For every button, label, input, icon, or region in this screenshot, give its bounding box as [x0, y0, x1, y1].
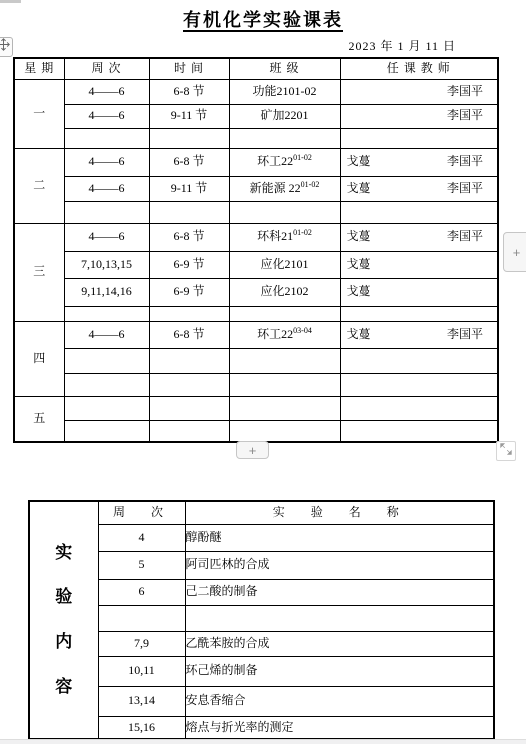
schedule-row [14, 373, 498, 396]
cell-exp-week[interactable]: 10,11 [98, 656, 185, 686]
cell-time[interactable]: 6-8 节 [149, 148, 229, 176]
cell-exp-name[interactable]: 己二酸的制备 [185, 579, 494, 605]
schedule-row: 7,10,13,156-9 节应化2101戈蔓 [14, 251, 498, 278]
cell-exp-name[interactable]: 醇酚醚 [185, 524, 494, 551]
cell-class[interactable] [229, 306, 340, 321]
cell-class[interactable]: 应化2101 [229, 251, 340, 278]
experiment-table: 实验内容周 次实 验 名 称4醇酚醚5阿司匹林的合成6己二酸的制备7,9乙酰苯胺… [28, 500, 495, 740]
schedule-header-row: 星 期周 次时 间班 级任 课 教 师 [14, 58, 498, 79]
schedule-row: 4——69-11 节新能源 2201-02戈蔓李国平 [14, 176, 498, 201]
cell-teacher[interactable] [340, 128, 498, 148]
cell-teacher[interactable]: 戈蔓李国平 [340, 223, 498, 251]
move-icon [0, 38, 10, 56]
cell-teacher[interactable] [340, 201, 498, 223]
class-name: 应化2101 [260, 257, 308, 271]
experiment-row: 13,14安息香缩合 [29, 686, 494, 716]
teacher-names: 戈蔓 [341, 285, 498, 298]
cell-class[interactable] [229, 373, 340, 396]
experiment-row: 6己二酸的制备 [29, 579, 494, 605]
schedule-row [14, 201, 498, 223]
document-date: 2023 年 1 月 11 日 [348, 37, 456, 54]
cell-class[interactable]: 环工2203-04 [229, 321, 340, 348]
schedule-row: 9,11,14,166-9 节应化2102戈蔓 [14, 278, 498, 306]
cell-week[interactable] [64, 420, 149, 442]
teacher-right: 李国平 [447, 85, 483, 98]
schedule-tbody: 星 期周 次时 间班 级任 课 教 师一4——66-8 节功能2101-02李国… [14, 58, 498, 442]
side-label-char: 验 [55, 588, 72, 607]
schedule-row: 四4——66-8 节环工2203-04戈蔓李国平 [14, 321, 498, 348]
schedule-table: 星 期周 次时 间班 级任 课 教 师一4——66-8 节功能2101-02李国… [13, 57, 499, 443]
cell-class[interactable] [229, 348, 340, 373]
cell-time[interactable]: 6-9 节 [149, 278, 229, 306]
document-title: 有机化学实验课表 [0, 6, 526, 32]
cell-exp-name[interactable]: 阿司匹林的合成 [185, 551, 494, 579]
cell-day[interactable]: 四 [14, 321, 64, 396]
experiment-row [29, 605, 494, 631]
teacher-left: 戈蔓 [347, 182, 371, 195]
cell-exp-week[interactable] [98, 605, 185, 631]
schedule-header-cell[interactable]: 星 期 [14, 58, 64, 79]
cell-exp-week[interactable]: 7,9 [98, 631, 185, 656]
cell-exp-week[interactable]: 6 [98, 579, 185, 605]
cell-week[interactable]: 4——6 [64, 176, 149, 201]
schedule-row: 二4——66-8 节环工2201-02戈蔓李国平 [14, 148, 498, 176]
schedule-row [14, 348, 498, 373]
cell-day[interactable]: 一 [14, 79, 64, 148]
cell-week[interactable] [64, 201, 149, 223]
cell-time[interactable]: 9-11 节 [149, 176, 229, 201]
cell-class[interactable]: 环科2101-02 [229, 223, 340, 251]
teacher-names: 戈蔓李国平 [341, 182, 498, 195]
cell-exp-name[interactable]: 乙酰苯胺的合成 [185, 631, 494, 656]
table-move-handle[interactable] [0, 37, 13, 57]
cell-exp-name[interactable]: 安息香缩合 [185, 686, 494, 716]
cell-exp-name[interactable]: 熔点与折光率的测定 [185, 716, 494, 739]
side-label-char: 容 [55, 678, 72, 697]
cell-week[interactable] [64, 373, 149, 396]
cell-exp-name[interactable] [185, 605, 494, 631]
class-sup: 01-02 [293, 153, 312, 162]
cell-time[interactable]: 6-9 节 [149, 251, 229, 278]
schedule-row: 一4——66-8 节功能2101-02李国平 [14, 79, 498, 104]
cell-time[interactable] [149, 306, 229, 321]
cell-class[interactable]: 新能源 2201-02 [229, 176, 340, 201]
cell-week[interactable]: 7,10,13,15 [64, 251, 149, 278]
cell-week[interactable]: 4——6 [64, 223, 149, 251]
cell-day[interactable]: 三 [14, 223, 64, 321]
cell-class[interactable] [229, 420, 340, 442]
add-column-button[interactable]: + [503, 232, 526, 272]
schedule-row [14, 128, 498, 148]
cell-class[interactable]: 应化2102 [229, 278, 340, 306]
experiment-tbody: 实验内容周 次实 验 名 称4醇酚醚5阿司匹林的合成6己二酸的制备7,9乙酰苯胺… [29, 501, 494, 739]
cell-teacher[interactable]: 戈蔓 [340, 278, 498, 306]
teacher-left: 戈蔓 [347, 155, 371, 168]
experiment-row: 7,9乙酰苯胺的合成 [29, 631, 494, 656]
cell-time[interactable] [149, 420, 229, 442]
schedule-header-cell[interactable]: 班 级 [229, 58, 340, 79]
cell-time[interactable]: 9-11 节 [149, 104, 229, 128]
side-label-text: 实验内容 [30, 544, 98, 697]
teacher-right: 李国平 [447, 182, 483, 195]
experiment-row: 4醇酚醚 [29, 524, 494, 551]
cell-teacher[interactable]: 戈蔓李国平 [340, 176, 498, 201]
class-name: 环工22 [257, 154, 293, 168]
class-name: 矿加2201 [260, 108, 308, 122]
cell-side-label[interactable]: 实验内容 [29, 501, 98, 739]
cell-week[interactable]: 4——6 [64, 148, 149, 176]
cell-teacher[interactable] [340, 306, 498, 321]
schedule-header-cell[interactable]: 时 间 [149, 58, 229, 79]
schedule-row [14, 306, 498, 321]
cell-class[interactable]: 环工2201-02 [229, 148, 340, 176]
class-sup: 01-02 [293, 228, 312, 237]
cell-time[interactable]: 6-8 节 [149, 223, 229, 251]
resize-diagonal-icon [498, 441, 514, 462]
cell-day[interactable]: 二 [14, 148, 64, 223]
plus-icon: + [513, 245, 521, 260]
class-name: 新能源 22 [250, 181, 301, 195]
cell-week[interactable]: 4——6 [64, 321, 149, 348]
cell-time[interactable]: 6-8 节 [149, 79, 229, 104]
experiment-header-row: 实验内容周 次实 验 名 称 [29, 501, 494, 524]
class-sup: 01-02 [301, 180, 320, 189]
schedule-row: 三4——66-8 节环科2101-02戈蔓李国平 [14, 223, 498, 251]
cell-class[interactable] [229, 201, 340, 223]
teacher-right: 李国平 [447, 328, 483, 341]
cell-teacher[interactable]: 李国平 [340, 104, 498, 128]
add-row-button[interactable]: + [236, 441, 269, 459]
schedule-row: 五 [14, 396, 498, 420]
teacher-left: 戈蔓 [347, 258, 371, 271]
cell-time[interactable] [149, 128, 229, 148]
cell-week[interactable] [64, 306, 149, 321]
schedule-header-cell[interactable]: 任 课 教 师 [340, 58, 498, 79]
cell-teacher[interactable] [340, 396, 498, 420]
schedule-header-cell[interactable]: 周 次 [64, 58, 149, 79]
plus-icon: + [249, 443, 257, 458]
cell-week[interactable] [64, 348, 149, 373]
cell-exp-week[interactable]: 15,16 [98, 716, 185, 739]
experiment-row: 5阿司匹林的合成 [29, 551, 494, 579]
document-page: 有机化学实验课表 2023 年 1 月 11 日 星 期周 次时 间班 级任 课… [0, 0, 526, 744]
cropped-control-fragment [0, 0, 21, 3]
teacher-names: 戈蔓李国平 [341, 328, 498, 341]
experiment-row: 10,11环己烯的制备 [29, 656, 494, 686]
experiment-header-cell[interactable]: 周 次 [98, 501, 185, 524]
teacher-left: 戈蔓 [347, 285, 371, 298]
teacher-left: 戈蔓 [347, 230, 371, 243]
class-name: 功能2101-02 [253, 84, 317, 98]
cell-week[interactable] [64, 396, 149, 420]
cell-exp-week[interactable]: 13,14 [98, 686, 185, 716]
cell-time[interactable] [149, 348, 229, 373]
teacher-right: 李国平 [447, 230, 483, 243]
cell-teacher[interactable] [340, 420, 498, 442]
teacher-left: 戈蔓 [347, 328, 371, 341]
class-sup: 03-04 [293, 326, 312, 335]
cell-teacher[interactable]: 戈蔓李国平 [340, 321, 498, 348]
schedule-row [14, 420, 498, 442]
class-name: 应化2102 [260, 284, 308, 298]
cell-teacher[interactable]: 李国平 [340, 79, 498, 104]
teacher-names: 李国平 [341, 109, 498, 122]
schedule-row: 4——69-11 节矿加2201李国平 [14, 104, 498, 128]
cell-class[interactable]: 矿加2201 [229, 104, 340, 128]
cell-week[interactable]: 4——6 [64, 104, 149, 128]
teacher-names: 李国平 [341, 85, 498, 98]
cell-exp-week[interactable]: 4 [98, 524, 185, 551]
teacher-right: 李国平 [447, 155, 483, 168]
cell-time[interactable] [149, 373, 229, 396]
cell-time[interactable] [149, 396, 229, 420]
cell-class[interactable] [229, 396, 340, 420]
teacher-names: 戈蔓李国平 [341, 230, 498, 243]
cell-class[interactable]: 功能2101-02 [229, 79, 340, 104]
cell-day[interactable]: 五 [14, 396, 64, 442]
cell-exp-name[interactable]: 环己烯的制备 [185, 656, 494, 686]
cell-teacher[interactable]: 戈蔓李国平 [340, 148, 498, 176]
teacher-right: 李国平 [447, 109, 483, 122]
side-label-char: 实 [55, 544, 72, 563]
cell-teacher[interactable]: 戈蔓 [340, 251, 498, 278]
cell-time[interactable]: 6-8 节 [149, 321, 229, 348]
cell-week[interactable]: 9,11,14,16 [64, 278, 149, 306]
cell-class[interactable] [229, 128, 340, 148]
side-label-char: 内 [55, 633, 72, 652]
cell-teacher[interactable] [340, 348, 498, 373]
page-bottom-strip [0, 739, 526, 744]
teacher-names: 戈蔓李国平 [341, 155, 498, 168]
teacher-names: 戈蔓 [341, 258, 498, 271]
cell-teacher[interactable] [340, 373, 498, 396]
experiment-row: 15,16熔点与折光率的测定 [29, 716, 494, 739]
table-resize-handle[interactable] [496, 441, 516, 461]
class-name: 环工22 [257, 327, 293, 341]
cell-week[interactable] [64, 128, 149, 148]
cell-time[interactable] [149, 201, 229, 223]
experiment-header-cell[interactable]: 实 验 名 称 [185, 501, 494, 524]
class-name: 环科21 [257, 229, 293, 243]
cell-exp-week[interactable]: 5 [98, 551, 185, 579]
cell-week[interactable]: 4——6 [64, 79, 149, 104]
